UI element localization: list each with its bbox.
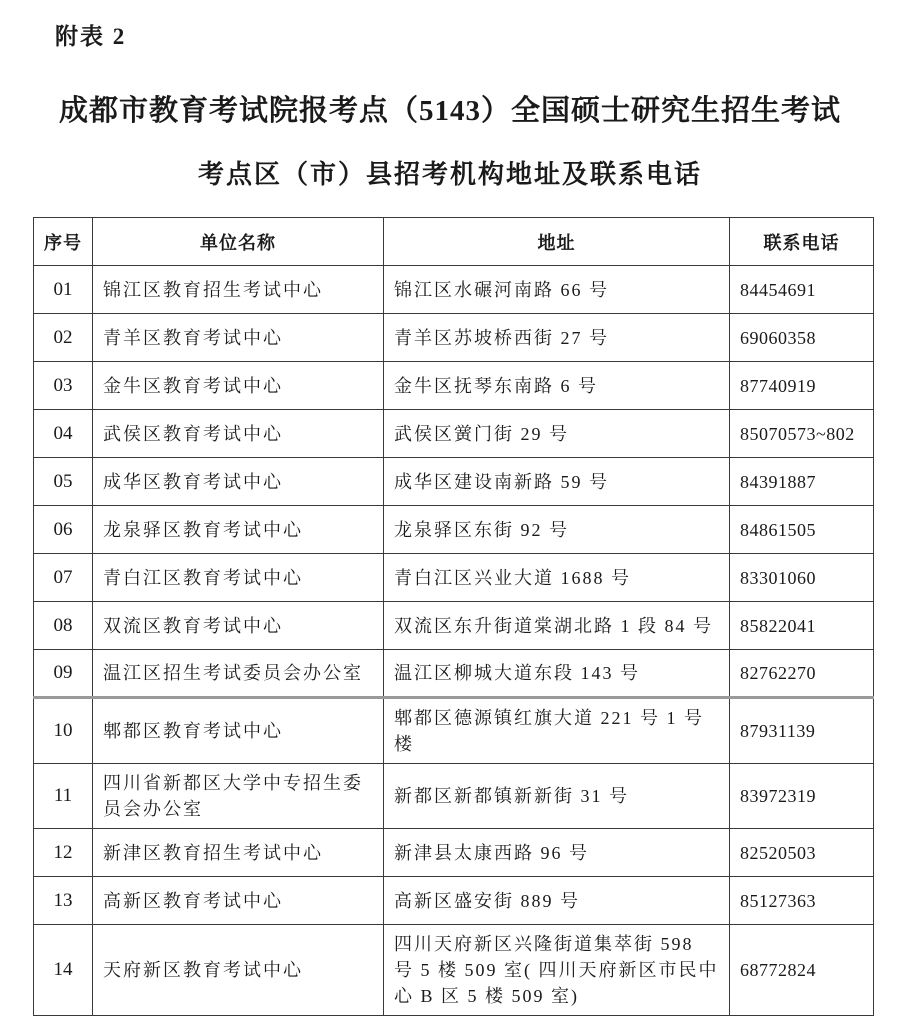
table-row: 09温江区招生考试委员会办公室温江区柳城大道东段 143 号82762270: [34, 650, 874, 698]
cell-address: 龙泉驿区东街 92 号: [384, 506, 730, 554]
cell-unit-name: 天府新区教育考试中心: [93, 925, 384, 1016]
document-page: 附表 2 成都市教育考试院报考点（5143）全国硕士研究生招生考试 考点区（市）…: [0, 0, 900, 1032]
cell-address: 锦江区水碾河南路 66 号: [384, 266, 730, 314]
header-unit-name: 单位名称: [93, 218, 384, 266]
cell-phone: 69060358: [730, 314, 874, 362]
cell-serial-number: 05: [34, 458, 93, 506]
cell-unit-name: 锦江区教育招生考试中心: [93, 266, 384, 314]
table-header-row: 序号 单位名称 地址 联系电话: [34, 218, 874, 266]
cell-phone: 85822041: [730, 602, 874, 650]
cell-address: 武侯区黉门街 29 号: [384, 410, 730, 458]
table-row: 08双流区教育考试中心双流区东升街道棠湖北路 1 段 84 号85822041: [34, 602, 874, 650]
cell-serial-number: 12: [34, 829, 93, 877]
table-row: 07青白江区教育考试中心青白江区兴业大道 1688 号83301060: [34, 554, 874, 602]
cell-phone: 84391887: [730, 458, 874, 506]
table-row: 03金牛区教育考试中心金牛区抚琴东南路 6 号87740919: [34, 362, 874, 410]
cell-phone: 85070573~802: [730, 410, 874, 458]
cell-phone: 84454691: [730, 266, 874, 314]
table-row: 11四川省新都区大学中专招生委员会办公室新都区新都镇新新街 31 号839723…: [34, 764, 874, 829]
cell-serial-number: 08: [34, 602, 93, 650]
table-row: 06龙泉驿区教育考试中心龙泉驿区东街 92 号84861505: [34, 506, 874, 554]
cell-unit-name: 青羊区教育考试中心: [93, 314, 384, 362]
table-row: 12新津区教育招生考试中心新津县太康西路 96 号82520503: [34, 829, 874, 877]
cell-phone: 85127363: [730, 877, 874, 925]
cell-phone: 83301060: [730, 554, 874, 602]
cell-serial-number: 09: [34, 650, 93, 698]
cell-address: 新津县太康西路 96 号: [384, 829, 730, 877]
cell-address: 温江区柳城大道东段 143 号: [384, 650, 730, 698]
table-body: 01锦江区教育招生考试中心锦江区水碾河南路 66 号8445469102青羊区教…: [34, 266, 874, 1016]
cell-address: 青白江区兴业大道 1688 号: [384, 554, 730, 602]
header-address: 地址: [384, 218, 730, 266]
exam-centers-table: 序号 单位名称 地址 联系电话 01锦江区教育招生考试中心锦江区水碾河南路 66…: [33, 217, 874, 1016]
table-row: 01锦江区教育招生考试中心锦江区水碾河南路 66 号84454691: [34, 266, 874, 314]
cell-unit-name: 武侯区教育考试中心: [93, 410, 384, 458]
cell-serial-number: 06: [34, 506, 93, 554]
cell-phone: 68772824: [730, 925, 874, 1016]
cell-phone: 82520503: [730, 829, 874, 877]
cell-serial-number: 01: [34, 266, 93, 314]
cell-serial-number: 11: [34, 764, 93, 829]
cell-unit-name: 新津区教育招生考试中心: [93, 829, 384, 877]
table-row: 05成华区教育考试中心成华区建设南新路 59 号84391887: [34, 458, 874, 506]
cell-unit-name: 高新区教育考试中心: [93, 877, 384, 925]
header-serial-number: 序号: [34, 218, 93, 266]
cell-phone: 87740919: [730, 362, 874, 410]
cell-unit-name: 金牛区教育考试中心: [93, 362, 384, 410]
cell-address: 青羊区苏坡桥西街 27 号: [384, 314, 730, 362]
table-row: 04武侯区教育考试中心武侯区黉门街 29 号85070573~802: [34, 410, 874, 458]
table-row: 10郫都区教育考试中心郫都区德源镇红旗大道 221 号 1 号楼87931139: [34, 698, 874, 764]
cell-phone: 84861505: [730, 506, 874, 554]
cell-address: 成华区建设南新路 59 号: [384, 458, 730, 506]
cell-unit-name: 双流区教育考试中心: [93, 602, 384, 650]
cell-unit-name: 四川省新都区大学中专招生委员会办公室: [93, 764, 384, 829]
header-phone: 联系电话: [730, 218, 874, 266]
document-title-line2: 考点区（市）县招考机构地址及联系电话: [0, 154, 900, 191]
cell-unit-name: 温江区招生考试委员会办公室: [93, 650, 384, 698]
cell-serial-number: 07: [34, 554, 93, 602]
table-row: 13高新区教育考试中心高新区盛安街 889 号85127363: [34, 877, 874, 925]
table-row: 14天府新区教育考试中心四川天府新区兴隆街道集萃街 598 号 5 楼 509 …: [34, 925, 874, 1016]
cell-address: 新都区新都镇新新街 31 号: [384, 764, 730, 829]
cell-serial-number: 02: [34, 314, 93, 362]
cell-unit-name: 成华区教育考试中心: [93, 458, 384, 506]
cell-address: 四川天府新区兴隆街道集萃街 598 号 5 楼 509 室( 四川天府新区市民中…: [384, 925, 730, 1016]
cell-address: 高新区盛安街 889 号: [384, 877, 730, 925]
cell-serial-number: 03: [34, 362, 93, 410]
cell-serial-number: 13: [34, 877, 93, 925]
cell-address: 双流区东升街道棠湖北路 1 段 84 号: [384, 602, 730, 650]
cell-serial-number: 14: [34, 925, 93, 1016]
cell-phone: 87931139: [730, 698, 874, 764]
cell-unit-name: 郫都区教育考试中心: [93, 698, 384, 764]
table-row: 02青羊区教育考试中心青羊区苏坡桥西街 27 号69060358: [34, 314, 874, 362]
cell-address: 金牛区抚琴东南路 6 号: [384, 362, 730, 410]
cell-phone: 82762270: [730, 650, 874, 698]
cell-serial-number: 10: [34, 698, 93, 764]
cell-unit-name: 青白江区教育考试中心: [93, 554, 384, 602]
cell-unit-name: 龙泉驿区教育考试中心: [93, 506, 384, 554]
cell-serial-number: 04: [34, 410, 93, 458]
cell-address: 郫都区德源镇红旗大道 221 号 1 号楼: [384, 698, 730, 764]
appendix-label: 附表 2: [55, 18, 126, 51]
document-title-line1: 成都市教育考试院报考点（5143）全国硕士研究生招生考试: [0, 88, 900, 129]
cell-phone: 83972319: [730, 764, 874, 829]
